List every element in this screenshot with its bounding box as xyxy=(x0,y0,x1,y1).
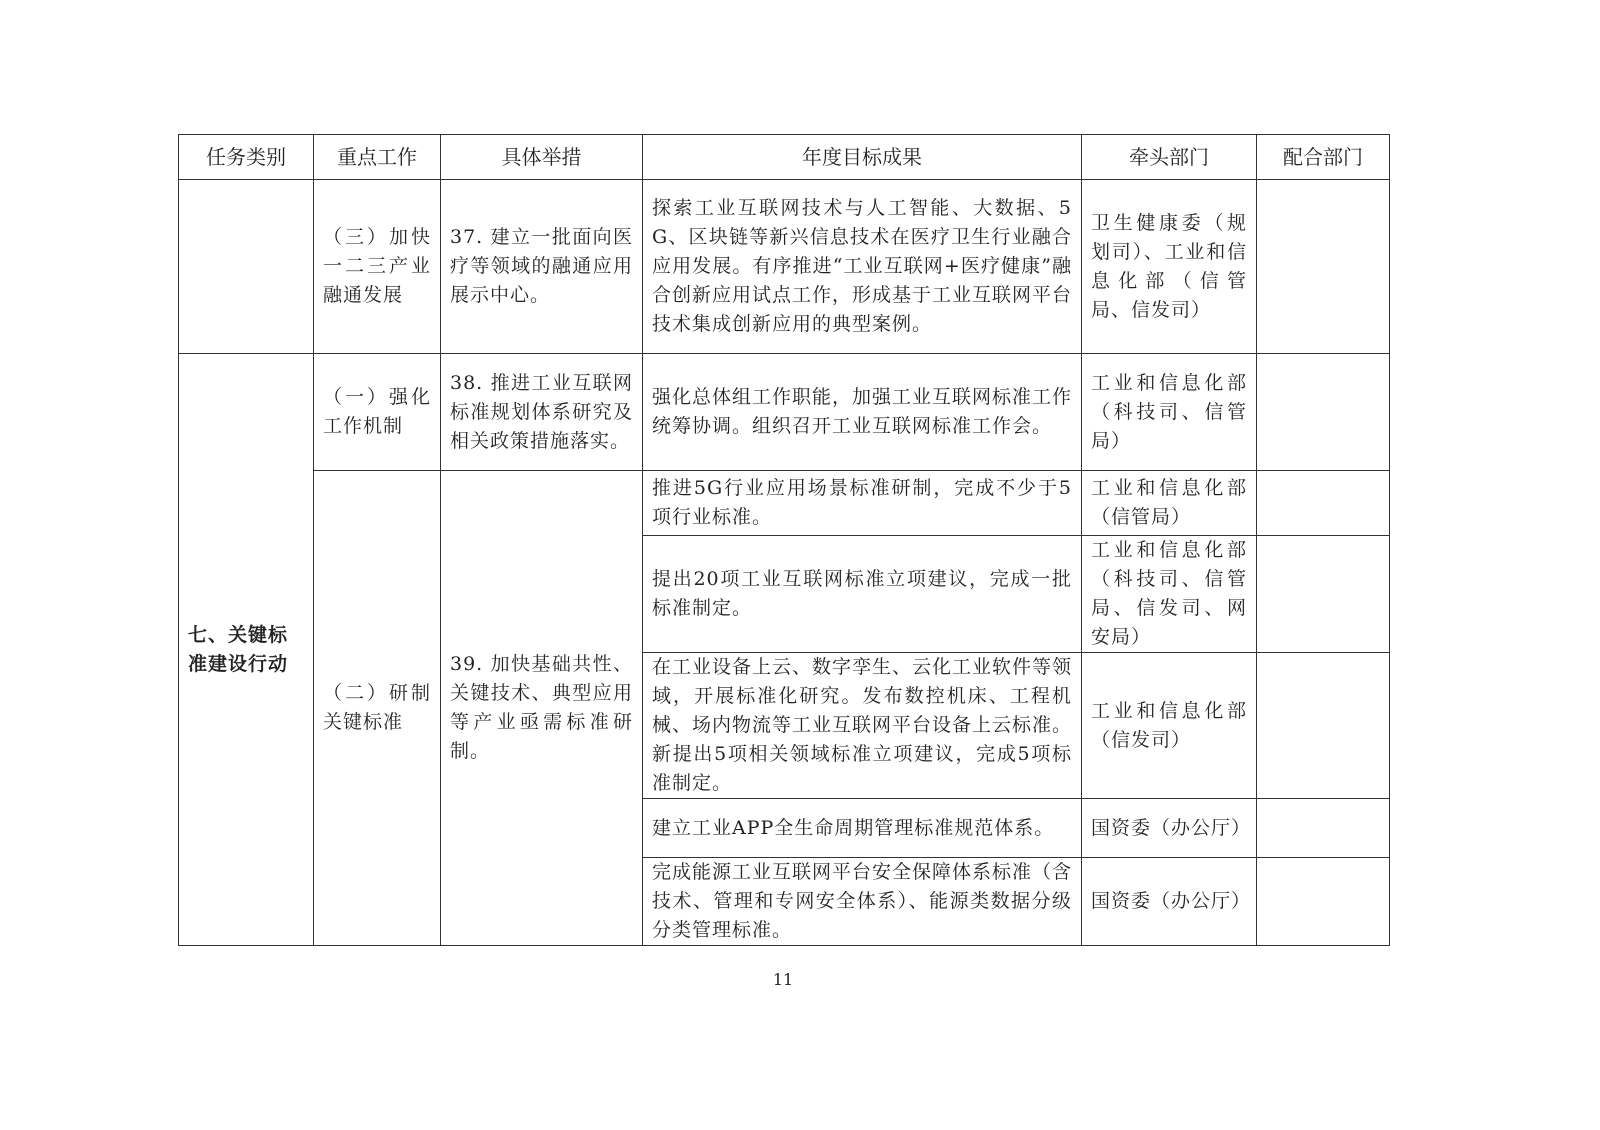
measure-cell: 39. 加快基础共性、关键技术、典型应用等产业亟需标准研制。 xyxy=(441,471,643,946)
target-cell: 提出20项工业互联网标准立项建议，完成一批标准制定。 xyxy=(643,536,1082,653)
task-table: 任务类别 重点工作 具体举措 年度目标成果 牵头部门 配合部门 （三）加快一二三… xyxy=(178,134,1390,946)
header-target: 年度目标成果 xyxy=(643,135,1082,180)
lead-dept-cell: 卫生健康委（规划司）、工业和信息化部（信管局、信发司） xyxy=(1082,180,1257,354)
table-row: 七、关键标准建设行动 （一）强化工作机制 38. 推进工业互联网标准规划体系研究… xyxy=(179,354,1390,471)
target-cell: 完成能源工业互联网平台安全保障体系标准（含技术、管理和专网安全体系）、能源类数据… xyxy=(643,858,1082,946)
lead-dept-cell: 国资委（办公厅） xyxy=(1082,799,1257,858)
support-dept-cell xyxy=(1257,653,1390,799)
support-dept-cell xyxy=(1257,799,1390,858)
target-cell: 在工业设备上云、数字孪生、云化工业软件等领域，开展标准化研究。发布数控机床、工程… xyxy=(643,653,1082,799)
lead-dept-cell: 工业和信息化部（信发司） xyxy=(1082,653,1257,799)
header-measure: 具体举措 xyxy=(441,135,643,180)
header-category: 任务类别 xyxy=(179,135,314,180)
lead-dept-cell: 国资委（办公厅） xyxy=(1082,858,1257,946)
support-dept-cell xyxy=(1257,536,1390,653)
table-header-row: 任务类别 重点工作 具体举措 年度目标成果 牵头部门 配合部门 xyxy=(179,135,1390,180)
support-dept-cell xyxy=(1257,354,1390,471)
lead-dept-cell: 工业和信息化部（科技司、信管局） xyxy=(1082,354,1257,471)
lead-dept-cell: 工业和信息化部（信管局） xyxy=(1082,471,1257,536)
target-cell: 强化总体组工作职能，加强工业互联网标准工作统筹协调。组织召开工业互联网标准工作会… xyxy=(643,354,1082,471)
page-number: 11 xyxy=(0,970,1566,989)
table-row: （二）研制关键标准 39. 加快基础共性、关键技术、典型应用等产业亟需标准研制。… xyxy=(179,471,1390,536)
support-dept-cell xyxy=(1257,471,1390,536)
measure-cell: 38. 推进工业互联网标准规划体系研究及相关政策措施落实。 xyxy=(441,354,643,471)
lead-dept-cell: 工业和信息化部（科技司、信管局、信发司、网安局） xyxy=(1082,536,1257,653)
category-cell xyxy=(179,180,314,354)
key-work-cell: （一）强化工作机制 xyxy=(314,354,441,471)
target-cell: 推进5G行业应用场景标准研制，完成不少于5项行业标准。 xyxy=(643,471,1082,536)
header-key-work: 重点工作 xyxy=(314,135,441,180)
target-cell: 建立工业APP全生命周期管理标准规范体系。 xyxy=(643,799,1082,858)
header-support-dept: 配合部门 xyxy=(1257,135,1390,180)
measure-cell: 37. 建立一批面向医疗等领域的融通应用展示中心。 xyxy=(441,180,643,354)
category-cell: 七、关键标准建设行动 xyxy=(179,354,314,946)
header-lead-dept: 牵头部门 xyxy=(1082,135,1257,180)
support-dept-cell xyxy=(1257,858,1390,946)
key-work-cell: （三）加快一二三产业融通发展 xyxy=(314,180,441,354)
target-cell: 探索工业互联网技术与人工智能、大数据、5G、区块链等新兴信息技术在医疗卫生行业融… xyxy=(643,180,1082,354)
key-work-cell: （二）研制关键标准 xyxy=(314,471,441,946)
table-row: （三）加快一二三产业融通发展 37. 建立一批面向医疗等领域的融通应用展示中心。… xyxy=(179,180,1390,354)
support-dept-cell xyxy=(1257,180,1390,354)
